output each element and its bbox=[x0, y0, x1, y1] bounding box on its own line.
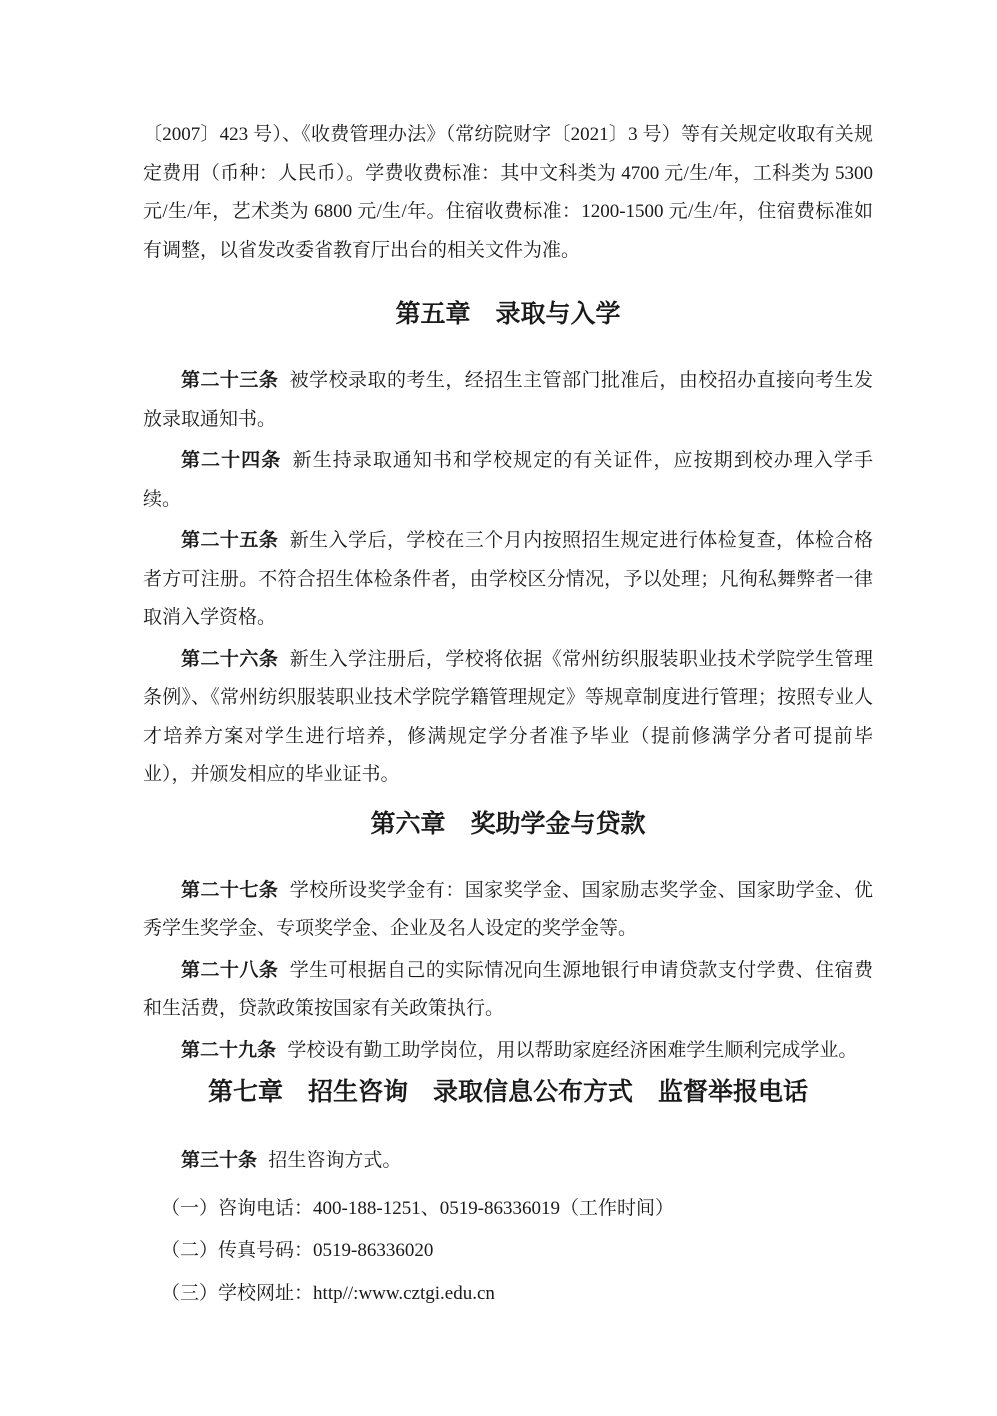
article-29-label: 第二十九条 bbox=[181, 1040, 276, 1061]
fee-paragraph: 〔2007〕423 号）、《收费管理办法》（常纺院财字〔2021〕3 号）等有关… bbox=[143, 116, 873, 270]
article-29-text: 学校设有勤工助学岗位，用以帮助家庭经济困难学生顺利完成学业。 bbox=[287, 1040, 857, 1061]
article-27-label: 第二十七条 bbox=[181, 880, 278, 901]
chapter-6-heading: 第六章 奖助学金与贷款 bbox=[143, 803, 873, 847]
article-28-paragraph: 第二十八条学生可根据自己的实际情况向生源地银行申请贷款支付学费、住宿费和生活费，… bbox=[143, 952, 873, 1029]
contact-item-phone: （一）咨询电话：400-188-1251、0519-86336019（工作时间） bbox=[143, 1190, 873, 1229]
article-25-label: 第二十五条 bbox=[181, 530, 278, 551]
article-23-label: 第二十三条 bbox=[181, 370, 278, 391]
article-30-text: 招生咨询方式。 bbox=[268, 1150, 401, 1171]
document-content: 〔2007〕423 号）、《收费管理办法》（常纺院财字〔2021〕3 号）等有关… bbox=[0, 0, 997, 1313]
article-23-paragraph: 第二十三条被学校录取的考生，经招生主管部门批准后，由校招办直接向考生发放录取通知… bbox=[143, 362, 873, 439]
contact-item-fax: （二）传真号码：0519-86336020 bbox=[143, 1232, 873, 1271]
article-24-label: 第二十四条 bbox=[181, 450, 281, 471]
article-30-paragraph: 第三十条招生咨询方式。 bbox=[143, 1142, 873, 1181]
chapter-5-heading: 第五章 录取与入学 bbox=[143, 293, 873, 337]
article-28-label: 第二十八条 bbox=[181, 960, 278, 981]
contact-item-website: （三）学校网址：http//:www.cztgi.edu.cn bbox=[143, 1275, 873, 1314]
document-page: 〔2007〕423 号）、《收费管理办法》（常纺院财字〔2021〕3 号）等有关… bbox=[0, 0, 997, 1416]
article-26-paragraph: 第二十六条新生入学注册后，学校将依据《常州纺织服装职业技术学院学生管理条例》、《… bbox=[143, 641, 873, 795]
article-25-paragraph: 第二十五条新生入学后，学校在三个月内按照招生规定进行体检复查，体检合格者方可注册… bbox=[143, 522, 873, 638]
article-29-paragraph: 第二十九条学校设有勤工助学岗位，用以帮助家庭经济困难学生顺利完成学业。 bbox=[143, 1032, 873, 1071]
article-30-label: 第三十条 bbox=[181, 1150, 257, 1171]
contact-list: （一）咨询电话：400-188-1251、0519-86336019（工作时间）… bbox=[143, 1190, 873, 1314]
article-27-paragraph: 第二十七条学校所设奖学金有：国家奖学金、国家励志奖学金、国家助学金、优秀学生奖学… bbox=[143, 872, 873, 949]
article-26-label: 第二十六条 bbox=[181, 649, 278, 670]
article-24-paragraph: 第二十四条新生持录取通知书和学校规定的有关证件，应按期到校办理入学手续。 bbox=[143, 442, 873, 519]
chapter-7-heading: 第七章 招生咨询 录取信息公布方式 监督举报电话 bbox=[143, 1071, 873, 1115]
